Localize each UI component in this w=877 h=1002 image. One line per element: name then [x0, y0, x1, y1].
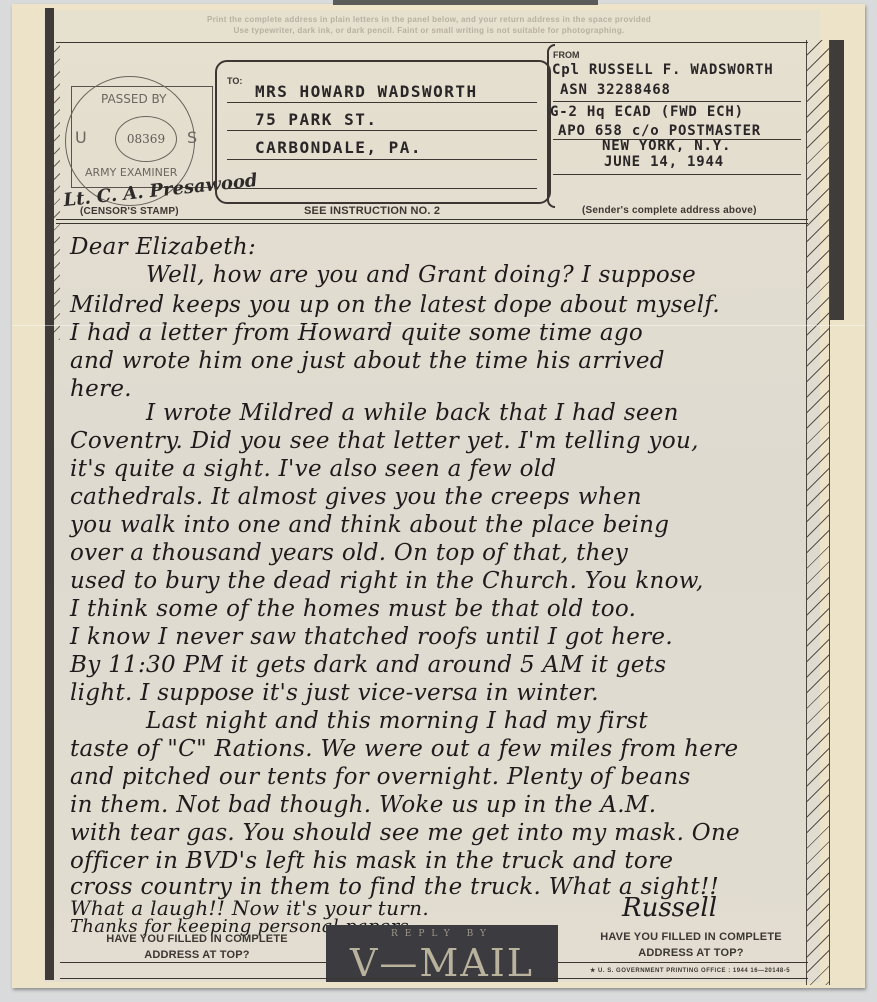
letter-line: Last night and this morning I had my fir…: [146, 708, 648, 734]
vmail-banner: REPLY BY V—MAIL: [326, 925, 558, 982]
left-border-bar: [45, 8, 54, 980]
from-line-4: APO 658 c/o POSTMASTER: [558, 123, 761, 139]
from-rule-1: [553, 101, 801, 102]
letter-line: officer in BVD's left his mask in the tr…: [70, 848, 673, 874]
to-rule-4: [227, 188, 537, 189]
instructions-line-2: Use typewriter, dark ink, or dark pencil…: [84, 25, 774, 36]
from-line-2: ASN 32288468: [560, 82, 671, 98]
letter-line: and wrote him one just about the time hi…: [70, 348, 665, 374]
salutation: Dear Elizabeth:: [70, 234, 256, 260]
letter-line: I had a letter from Howard quite some ti…: [70, 320, 643, 346]
to-label: TO:: [227, 76, 242, 86]
letter-line: and pitched our tents for overnight. Ple…: [70, 764, 691, 790]
fold-crease: [12, 325, 865, 326]
footer-right-caption: HAVE YOU FILLED IN COMPLETE ADDRESS AT T…: [586, 929, 796, 961]
header-bottom-rule: [56, 219, 808, 220]
to-rule-2: [227, 130, 537, 131]
stamp-army-examiner: ARMY EXAMINER: [85, 166, 177, 179]
to-line-2: 75 PARK ST.: [255, 110, 377, 129]
letter-line: with tear gas. You should see me get int…: [70, 820, 740, 846]
stamp-passed-by: PASSED BY: [101, 92, 166, 106]
see-instruction-caption: SEE INSTRUCTION NO. 2: [304, 205, 440, 217]
letter-line: it's quite a sight. I've also seen a few…: [70, 456, 556, 482]
footer-left-caption-line-1: HAVE YOU FILLED IN COMPLETE: [92, 931, 302, 947]
footer-left-caption-line-2: ADDRESS AT TOP?: [92, 947, 302, 963]
letter-line: you walk into one and think about the pl…: [70, 512, 669, 538]
footer-right-caption-line-1: HAVE YOU FILLED IN COMPLETE: [586, 929, 796, 945]
top-tab-strip: [333, 0, 598, 5]
footer-right-caption-line-2: ADDRESS AT TOP?: [586, 945, 796, 961]
letter-signature: Russell: [622, 893, 717, 923]
letter-line: here.: [70, 376, 132, 402]
from-label: FROM: [553, 50, 580, 60]
header-bottom-rule-2: [56, 223, 808, 224]
letter-line: By 11:30 PM it gets dark and around 5 AM…: [70, 652, 666, 678]
letter-line: Mildred keeps you up on the latest dope …: [70, 292, 720, 318]
printer-imprint: ★ U. S. GOVERNMENT PRINTING OFFICE : 194…: [590, 967, 790, 974]
letter-line: Coventry. Did you see that letter yet. I…: [70, 428, 699, 454]
header-top-rule: [56, 42, 808, 43]
stamp-number: 08369: [115, 116, 177, 162]
instructions-line-1: Print the complete address in plain lett…: [84, 14, 774, 25]
stamp-letter-u: U: [75, 128, 87, 147]
letter-line: I know I never saw thatched roofs until …: [70, 624, 673, 650]
footer-bottom-rule: [60, 978, 808, 979]
letter-line: over a thousand years old. On top of tha…: [70, 540, 628, 566]
left-hatch-border: [54, 40, 60, 340]
to-rule-1: [227, 102, 537, 103]
form-instructions: Print the complete address in plain lett…: [84, 14, 774, 36]
from-line-5: NEW YORK, N.Y.: [602, 138, 731, 154]
to-line-1: MRS HOWARD WADSWORTH: [255, 82, 478, 101]
to-line-3: CARBONDALE, PA.: [255, 138, 422, 157]
reply-by-label: REPLY BY: [326, 929, 558, 939]
letter-line: used to bury the dead right in the Churc…: [70, 568, 704, 594]
letter-line: Well, how are you and Grant doing? I sup…: [146, 262, 696, 288]
from-line-3: G-2 Hq ECAD (FWD ECH): [550, 104, 744, 120]
letter-line: I wrote Mildred a while back that I had …: [146, 400, 679, 426]
letter-line: light. I suppose it's just vice-versa in…: [70, 680, 599, 706]
letter-line: cathedrals. It almost gives you the cree…: [70, 484, 642, 510]
stamp-letter-s: S: [187, 128, 197, 147]
footer-rule-right: [558, 962, 808, 963]
footer-rule-left: [60, 962, 326, 963]
letter-line: I think some of the homes must be that o…: [70, 596, 636, 622]
from-line-6: JUNE 14, 1944: [604, 154, 724, 170]
censor-stamp-caption: (CENSOR'S STAMP): [80, 206, 179, 217]
sender-address-caption: (Sender's complete address above): [582, 205, 757, 216]
from-line-1: Cpl RUSSELL F. WADSWORTH: [552, 62, 774, 78]
right-border-bar: [830, 40, 844, 320]
right-hatch-border: [806, 40, 830, 985]
footer-left-caption: HAVE YOU FILLED IN COMPLETE ADDRESS AT T…: [92, 931, 302, 963]
from-rule-3: [553, 174, 801, 175]
letter-line: in them. Not bad though. Woke us up in t…: [70, 792, 656, 818]
to-rule-3: [227, 159, 537, 160]
letter-line: taste of "C" Rations. We were out a few …: [70, 736, 738, 762]
to-address-box: TO: MRS HOWARD WADSWORTH 75 PARK ST. CAR…: [215, 60, 551, 204]
